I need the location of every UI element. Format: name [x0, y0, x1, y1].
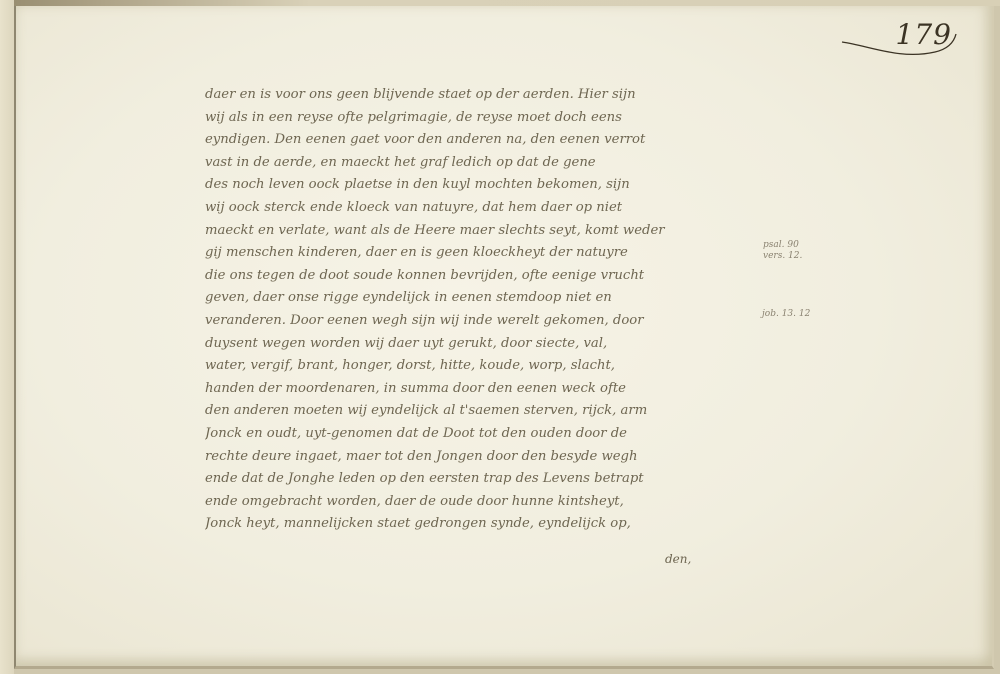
catchword: den, — [665, 552, 691, 566]
text-line: water, vergif, brant, honger, dorst, hit… — [205, 355, 755, 378]
text-line: den anderen moeten wij eyndelijck al t's… — [205, 400, 755, 423]
text-line: rechte deure ingaet, maer tot den Jongen… — [205, 446, 755, 469]
text-line: Jonck heyt, mannelijcken staet gedrongen… — [205, 513, 755, 536]
text-line: ende dat de Jonghe leden op den eersten … — [205, 468, 755, 491]
text-line: die ons tegen de doot soude konnen bevri… — [205, 265, 755, 288]
book-gutter — [0, 0, 14, 674]
page-number-flourish-icon — [840, 30, 960, 60]
text-line: des noch leven oock plaetse in den kuyl … — [205, 174, 755, 197]
text-line: wij als in een reyse ofte pelgrimagie, d… — [205, 107, 755, 130]
text-line: eyndigen. Den eenen gaet voor den andere… — [205, 129, 755, 152]
manuscript-text: daer en is voor ons geen blijvende staet… — [205, 84, 755, 536]
margin-note-line: job. 13. 12 — [762, 309, 810, 320]
margin-note-job: job. 13. 12 — [762, 309, 810, 320]
text-line: maeckt en verlate, want als de Heere mae… — [205, 220, 755, 243]
text-line: handen der moordenaren, in summa door de… — [205, 378, 755, 401]
text-line: wij oock sterck ende kloeck van natuyre,… — [205, 197, 755, 220]
text-line: geven, daer onse rigge eyndelijck in een… — [205, 287, 755, 310]
margin-note-line: vers. 12. — [763, 251, 802, 262]
margin-note-psalm: psal. 90 vers. 12. — [763, 240, 802, 262]
text-line: ende omgebracht worden, daer de oude doo… — [205, 491, 755, 514]
text-line: daer en is voor ons geen blijvende staet… — [205, 84, 755, 107]
text-line: duysent wegen worden wij daer uyt gerukt… — [205, 333, 755, 356]
margin-note-line: psal. 90 — [763, 240, 802, 251]
text-line: gij menschen kinderen, daer en is geen k… — [205, 242, 755, 265]
text-line: vast in de aerde, en maeckt het graf led… — [205, 152, 755, 175]
text-line: Jonck en oudt, uyt-genomen dat de Doot t… — [205, 423, 755, 446]
text-line: veranderen. Door eenen wegh sijn wij ind… — [205, 310, 755, 333]
